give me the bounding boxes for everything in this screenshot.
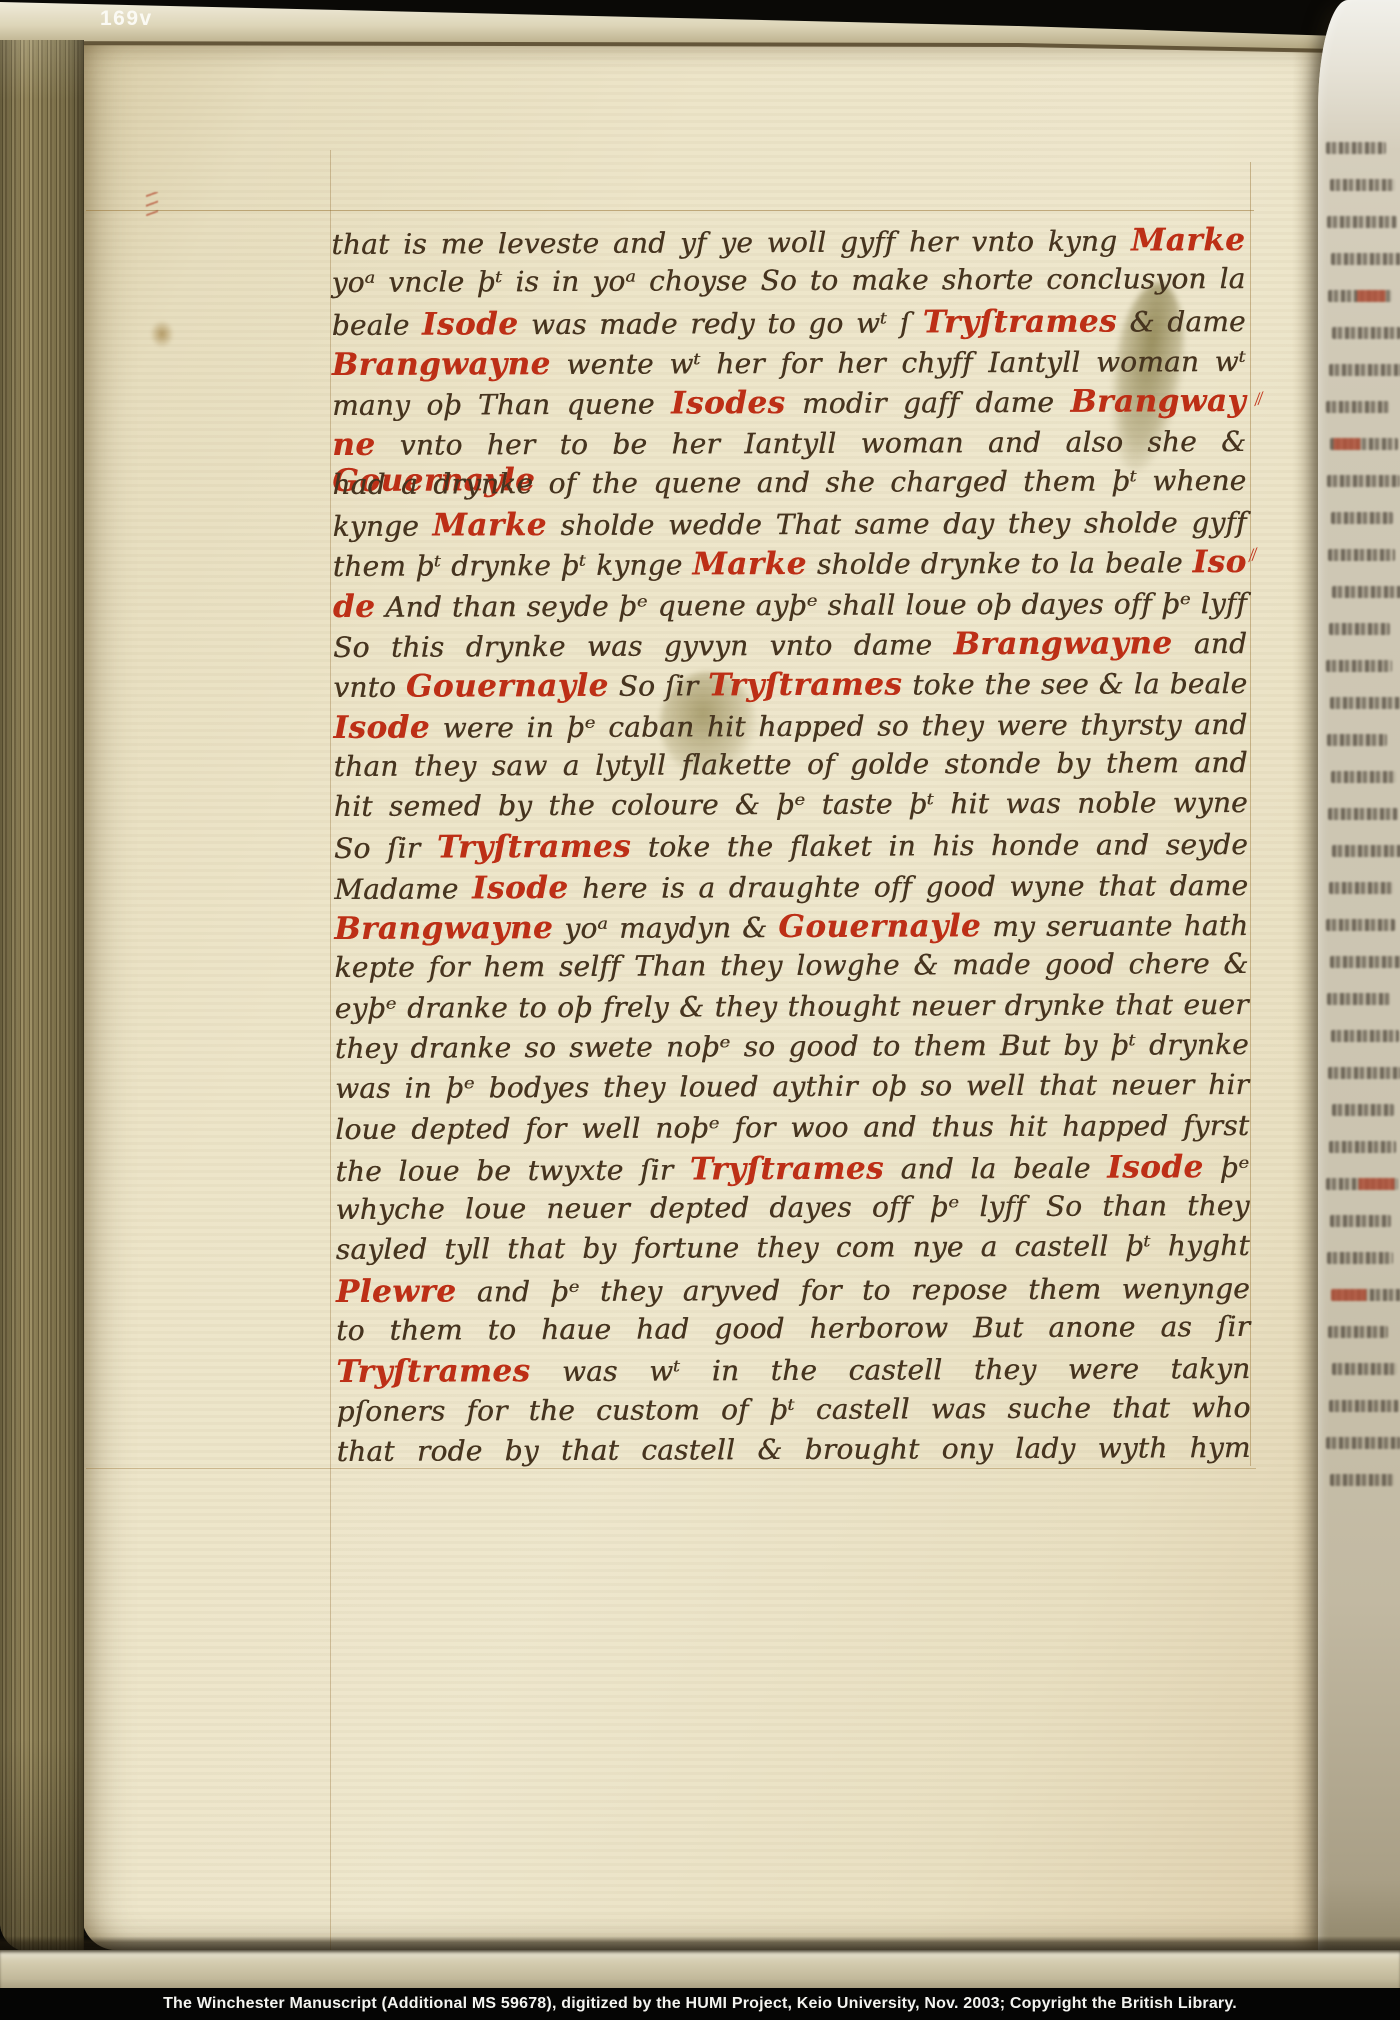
rubricated-text: Tryſtrames — [708, 667, 902, 704]
manuscript-text-line: Tryſtrames was wᵗ in the castell they we… — [336, 1350, 1250, 1394]
facing-page-blurred-line — [1331, 1030, 1399, 1042]
rubricated-text: Gouernayle — [406, 668, 609, 705]
manuscript-text-line: was in þᵉ bodyes they loued aythir oþ so… — [335, 1068, 1249, 1112]
ink-text: was made redy to go wᵗ ſ — [518, 306, 922, 341]
ink-text: Madame — [334, 872, 472, 906]
rubricated-text: Iso — [1193, 544, 1247, 580]
ink-text: them þᵗ drynke þᵗ kynge — [333, 549, 693, 584]
manuscript-text-line: eyþᵉ dranke to oþ frely & they thought n… — [335, 988, 1249, 1032]
rubricated-text: Isode — [472, 870, 569, 906]
ink-text: & dame — [1117, 305, 1246, 339]
ink-text: whyche loue neuer depted dayes off þᵉ ly… — [335, 1189, 1249, 1226]
ink-text: toke the see & la beale — [902, 667, 1247, 702]
ink-text: wente wᵗ her for her chyff Iantyll woman… — [551, 345, 1246, 381]
facing-page-blurred-line — [1328, 1326, 1388, 1338]
rubricated-text: Tryſtrames — [336, 1353, 530, 1390]
facing-page-blurred-line — [1327, 216, 1397, 228]
ink-text: that is me leveste and yf ye woll gyff h… — [331, 225, 1131, 261]
facing-page-blurred-line — [1329, 623, 1390, 635]
facing-page-blurred-line — [1329, 364, 1400, 376]
rubricated-text: Isodes — [671, 385, 786, 421]
manuscript-text-line: Madame Isode here is a draughte off good… — [334, 867, 1248, 911]
facing-page-blurred-line — [1326, 919, 1395, 931]
ink-text: hit semed by the coloure & þᵉ taste þᵗ h… — [334, 786, 1248, 823]
facing-page-blurred-line — [1330, 956, 1400, 968]
caption-text: The Winchester Manuscript (Additional MS… — [163, 1995, 1237, 2013]
rubricated-text: Brangwayne — [954, 625, 1173, 662]
manuscript-text-line: Plewre and þᵉ they aryved for to repose … — [336, 1270, 1250, 1314]
manuscript-text-line: loue depted for well noþᵉ for woo and th… — [335, 1109, 1249, 1153]
facing-page-blurred-line — [1326, 1437, 1400, 1449]
ink-text: toke the flaket in his honde and seyde — [631, 828, 1248, 864]
rubricated-text: Marke — [1131, 222, 1246, 258]
ink-text: and — [1172, 627, 1247, 660]
manuscript-text-line: to them to haue had good herborow But an… — [336, 1310, 1250, 1354]
manuscript-text-line: vnto Gouernayle So ſir Tryſtrames toke t… — [333, 665, 1247, 709]
facing-page-blurred-line — [1331, 1289, 1400, 1301]
ink-text: was wᵗ in the castell they were takyn — [530, 1352, 1250, 1388]
manuscript-text-line: de And than seyde þᵉ quene ayþᵉ shall lo… — [333, 585, 1247, 629]
caption-bar: The Winchester Manuscript (Additional MS… — [0, 1988, 1400, 2020]
rubricated-text: Brangway — [1070, 383, 1246, 420]
rubricated-text: Marke — [692, 546, 807, 582]
facing-page-blurred-line — [1330, 697, 1400, 709]
ink-text: sholde wedde That same day they sholde g… — [547, 506, 1247, 542]
ink-text: and þᵉ they aryved for to repose them we… — [456, 1272, 1250, 1308]
facing-page-blurred-line — [1329, 1141, 1396, 1153]
manuscript-text-line: beale Isode was made redy to go wᵗ ſ Try… — [332, 303, 1246, 347]
ink-text: the loue be twyxte ſir — [335, 1153, 690, 1188]
facing-page-blurred-line — [1330, 1474, 1394, 1486]
rubricated-text: Tryſtrames — [923, 303, 1117, 340]
rubricated-text: Tryſtrames — [437, 829, 631, 866]
ink-text: they dranke so swete noþᵉ so good to the… — [335, 1028, 1249, 1065]
page-edges-stack — [0, 40, 84, 1952]
rubricated-text: de — [333, 588, 376, 624]
manuscript-text-line: hit semed by the coloure & þᵉ taste þᵗ h… — [334, 786, 1248, 830]
facing-page-blurred-line — [1331, 771, 1396, 783]
manuscript-text-block: that is me leveste and yf ye woll gyff h… — [331, 222, 1250, 1475]
manuscript-text-line: than they saw a lytyll flakette of golde… — [334, 746, 1248, 790]
facing-page-blurred-line — [1329, 882, 1393, 894]
rubricated-text: Plewre — [336, 1273, 457, 1310]
ink-text: And than seyde þᵉ quene ayþᵉ shall loue … — [375, 587, 1247, 624]
ink-text: here is a draughte off good wyne that da… — [568, 869, 1248, 905]
ink-text: were in þᵉ caban hit happed so they were… — [430, 708, 1248, 745]
manuscript-text-line: So ſir Tryſtrames toke the flaket in his… — [334, 826, 1248, 870]
facing-page-text-block — [1326, 142, 1392, 1511]
ink-text: þᵉ — [1204, 1151, 1250, 1184]
ruling-line-left — [330, 150, 331, 1950]
ink-text: So this drynke was gyvyn vnto dame — [333, 628, 954, 664]
rubricated-text: Isode — [422, 306, 519, 342]
folio-number-label: 169v — [100, 7, 153, 31]
facing-page-blurred-line — [1332, 845, 1400, 857]
manuscript-photograph: that is me leveste and yf ye woll gyff h… — [0, 0, 1400, 2020]
ink-text: kynge — [333, 510, 433, 543]
facing-page-blurred-line — [1329, 1400, 1399, 1412]
manuscript-text-line: yoᵃ vncle þᵗ is in yoᵃ choyse So to make… — [331, 262, 1245, 306]
facing-page-blurred-line — [1332, 586, 1400, 598]
facing-page-blurred-line — [1326, 142, 1386, 154]
ink-text: loue depted for well noþᵉ for woo and th… — [335, 1109, 1249, 1146]
ink-text: pſoners for the custom of þᵗ castell was… — [336, 1391, 1250, 1428]
facing-page-blurred-line — [1327, 1252, 1393, 1264]
ruling-line-top — [86, 210, 1254, 211]
ink-text: my seruante hath — [981, 909, 1248, 943]
rubricated-text: Brangwayne — [332, 346, 551, 383]
facing-page-blurred-line — [1328, 808, 1398, 820]
manuscript-text-line: whyche loue neuer depted dayes off þᵉ ly… — [335, 1189, 1249, 1233]
manuscript-text-line: ne vnto her to be her Iantyll woman and … — [332, 423, 1246, 467]
ink-text: than they saw a lytyll flakette of golde… — [334, 746, 1248, 783]
facing-page-blurred-line — [1330, 1215, 1391, 1227]
facing-page-blurred-line — [1330, 438, 1398, 450]
facing-page-blurred-line — [1328, 549, 1395, 561]
ink-text: beale — [332, 308, 422, 341]
ink-text: kepte for hem selff Than they lowghe & m… — [334, 947, 1248, 984]
ink-text: was in þᵉ bodyes they loued aythir oþ so… — [335, 1068, 1249, 1105]
facing-page-blurred-line — [1326, 660, 1392, 672]
facing-page-blurred-line — [1331, 253, 1400, 265]
rubricated-text: Isode — [333, 709, 430, 745]
manuscript-text-line: Brangwayne yoᵃ maydyn & Gouernayle my se… — [334, 907, 1248, 951]
facing-page-blurred-line — [1332, 327, 1400, 339]
facing-page-blurred-line — [1327, 734, 1387, 746]
ink-text: eyþᵉ dranke to oþ frely & they thought n… — [335, 988, 1249, 1025]
ink-text: yoᵃ maydyn & — [553, 911, 778, 945]
rubricated-text: Isode — [1107, 1149, 1204, 1185]
ink-text: vnto — [333, 671, 406, 704]
rubricated-text: Marke — [432, 507, 547, 543]
manuscript-text-line: them þᵗ drynke þᵗ kynge Marke sholde dry… — [333, 544, 1247, 588]
ink-text: to them to haue had good herborow But an… — [336, 1310, 1250, 1347]
facing-page-blurred-line — [1326, 401, 1389, 413]
manuscript-text-line: many oþ Than quene Isodes modir gaff dam… — [332, 383, 1246, 427]
manuscript-text-line: pſoners for the custom of þᵗ castell was… — [336, 1391, 1250, 1435]
facing-page-blurred-line — [1332, 1104, 1394, 1116]
manuscript-text-line: Brangwayne wente wᵗ her for her chyff Ia… — [332, 343, 1246, 387]
manuscript-text-line: the loue be twyxte ſir Tryſtrames and la… — [335, 1149, 1249, 1193]
ink-text: vnto her to be her Iantyll woman and als… — [375, 425, 1246, 462]
ink-text: sholde drynke to la beale — [807, 547, 1193, 582]
manuscript-text-line: sayled tyll that by fortune they com nye… — [336, 1229, 1250, 1273]
facing-page-blurred-line — [1332, 1363, 1397, 1375]
facing-page-blurred-line — [1330, 179, 1395, 191]
manuscript-text-line: had a drynke of the quene and she charge… — [332, 464, 1246, 508]
manuscript-text-line: kynge Marke sholde wedde That same day t… — [333, 504, 1247, 548]
ink-text: that rode by that castell & brought ony … — [337, 1431, 1251, 1468]
rubricated-text: Brangwayne — [334, 910, 553, 947]
facing-page-blurred-line — [1328, 1067, 1400, 1079]
rubricated-text: Tryſtrames — [690, 1150, 884, 1187]
facing-page-blurred-line — [1327, 993, 1390, 1005]
ink-text: modir gaff dame — [785, 386, 1070, 420]
facing-page-blurred-line — [1326, 1178, 1398, 1190]
ink-text: yoᵃ vncle þᵗ is in yoᵃ choyse So to make… — [331, 262, 1245, 299]
manuscript-text-line: So this drynke was gyvyn vnto dame Brang… — [333, 625, 1247, 669]
facing-page-edge — [1318, 0, 1400, 1952]
ink-text: many oþ Than quene — [332, 388, 671, 422]
book-bottom-edge — [0, 1950, 1400, 1988]
facing-page-blurred-line — [1327, 475, 1400, 487]
facing-page-blurred-line — [1328, 290, 1392, 302]
manuscript-text-line: that rode by that castell & brought ony … — [337, 1431, 1251, 1475]
ink-text: So ſir — [334, 832, 437, 865]
manuscript-text-line: Isode were in þᵉ caban hit happed so the… — [333, 706, 1247, 750]
ink-text: and la beale — [884, 1151, 1107, 1185]
facing-page-blurred-line — [1331, 512, 1393, 524]
ink-text: sayled tyll that by fortune they com nye… — [336, 1229, 1250, 1266]
ink-text: So ſir — [609, 670, 708, 703]
manuscript-text-line: they dranke so swete noþᵉ so good to the… — [335, 1028, 1249, 1072]
ruling-line-right — [1250, 162, 1251, 1466]
manuscript-text-line: kepte for hem selff Than they lowghe & m… — [334, 947, 1248, 991]
rubricated-text: ne — [332, 427, 375, 463]
manuscript-text-line: that is me leveste and yf ye woll gyff h… — [331, 222, 1245, 266]
ink-text: had a drynke of the quene and she charge… — [332, 464, 1246, 501]
rubricated-text: Gouernayle — [778, 908, 981, 945]
